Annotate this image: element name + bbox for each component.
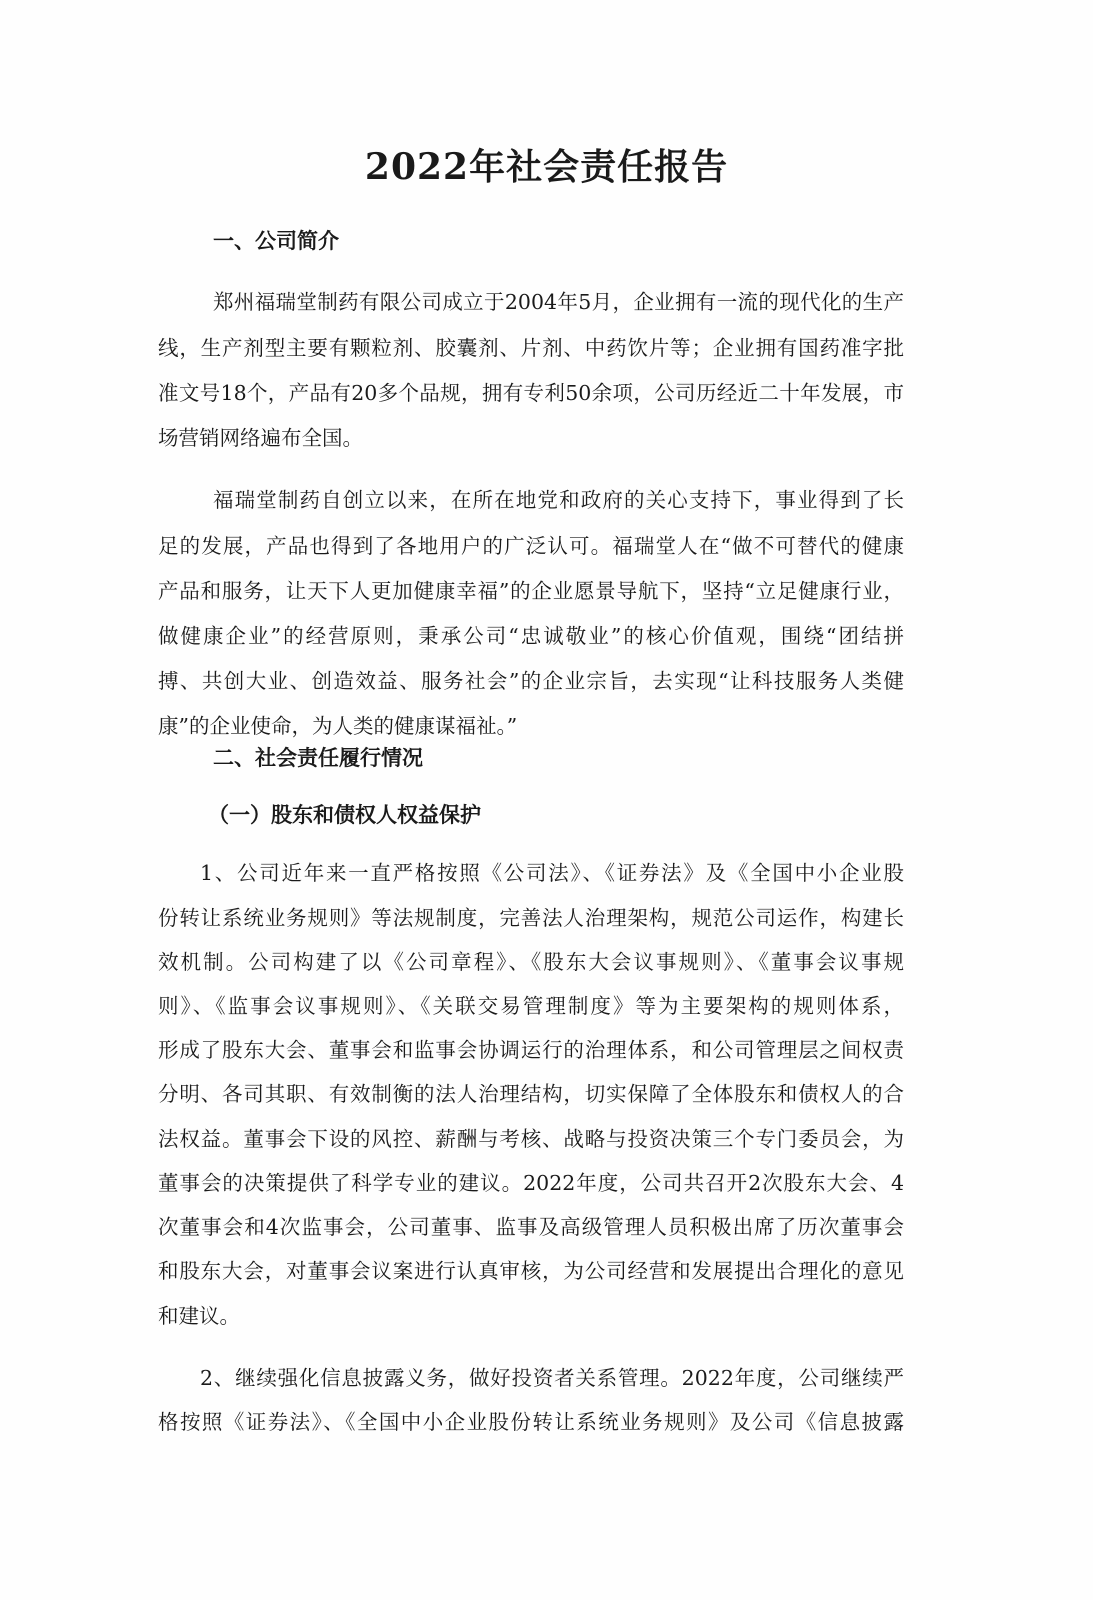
text-line: 准文号18个，产品有20多个品规，拥有专利50余项，公司历经近二十年发展，市 bbox=[158, 378, 904, 408]
text-line: 线，生产剂型主要有颗粒剂、胶囊剂、片剂、中药饮片等；企业拥有国药准字批 bbox=[158, 333, 904, 363]
text-line: 足的发展，产品也得到了各地用户的广泛认可。福瑞堂人在“做不可替代的健康 bbox=[158, 531, 904, 561]
text-line: 效机制。公司构建了以《公司章程》、《股东大会议事规则》、《董事会议事规 bbox=[158, 947, 904, 977]
text-line: 场营销网络遍布全国。 bbox=[158, 423, 904, 453]
document-page: 2022年社会责任报告 一、公司简介 郑州福瑞堂制药有限公司成立于2004年5月… bbox=[0, 0, 1093, 1600]
text-line: 法权益。董事会下设的风控、薪酬与考核、战略与投资决策三个专门委员会，为 bbox=[158, 1124, 904, 1154]
text-line: 郑州福瑞堂制药有限公司成立于2004年5月，企业拥有一流的现代化的生产 bbox=[213, 287, 904, 317]
text-line: 次董事会和4次监事会，公司董事、监事及高级管理人员积极出席了历次董事会 bbox=[158, 1212, 904, 1242]
document-title: 2022年社会责任报告 bbox=[0, 142, 1093, 192]
text-line: 福瑞堂制药自创立以来，在所在地党和政府的关心支持下，事业得到了长 bbox=[213, 485, 904, 515]
text-line: 形成了股东大会、董事会和监事会协调运行的治理体系，和公司管理层之间权责 bbox=[158, 1035, 904, 1065]
text-line: 做健康企业”的经营原则，秉承公司“忠诚敬业”的核心价值观，围绕“团结拼 bbox=[158, 621, 904, 651]
text-line: 董事会的决策提供了科学专业的建议。2022年度，公司共召开2次股东大会、4 bbox=[158, 1168, 904, 1198]
text-line: 则》、《监事会议事规则》、《关联交易管理制度》等为主要架构的规则体系， bbox=[158, 991, 904, 1021]
text-line: 康”的企业使命，为人类的健康谋福祉。” bbox=[158, 711, 904, 741]
text-line: 1、公司近年来一直严格按照《公司法》、《证券法》及《全国中小企业股 bbox=[200, 858, 904, 888]
section-heading-company-profile: 一、公司简介 bbox=[213, 226, 339, 256]
text-line: 格按照《证券法》、《全国中小企业股份转让系统业务规则》及公司《信息披露 bbox=[158, 1407, 904, 1437]
text-line: 2、继续强化信息披露义务，做好投资者关系管理。2022年度，公司继续严 bbox=[200, 1363, 904, 1393]
text-line: 分明、各司其职、有效制衡的法人治理结构，切实保障了全体股东和债权人的合 bbox=[158, 1079, 904, 1109]
subsection-heading-shareholder-protection: （一）股东和债权人权益保护 bbox=[208, 800, 481, 830]
text-line: 份转让系统业务规则》等法规制度，完善法人治理架构，规范公司运作，构建长 bbox=[158, 903, 904, 933]
section-heading-social-responsibility: 二、社会责任履行情况 bbox=[213, 743, 423, 773]
text-line: 和建议。 bbox=[158, 1301, 904, 1331]
text-line: 和股东大会，对董事会议案进行认真审核，为公司经营和发展提出合理化的意见 bbox=[158, 1256, 904, 1286]
text-line: 产品和服务，让天下人更加健康幸福”的企业愿景导航下，坚持“立足健康行业， bbox=[158, 576, 904, 606]
text-line: 搏、共创大业、创造效益、服务社会”的企业宗旨，去实现“让科技服务人类健 bbox=[158, 666, 904, 696]
